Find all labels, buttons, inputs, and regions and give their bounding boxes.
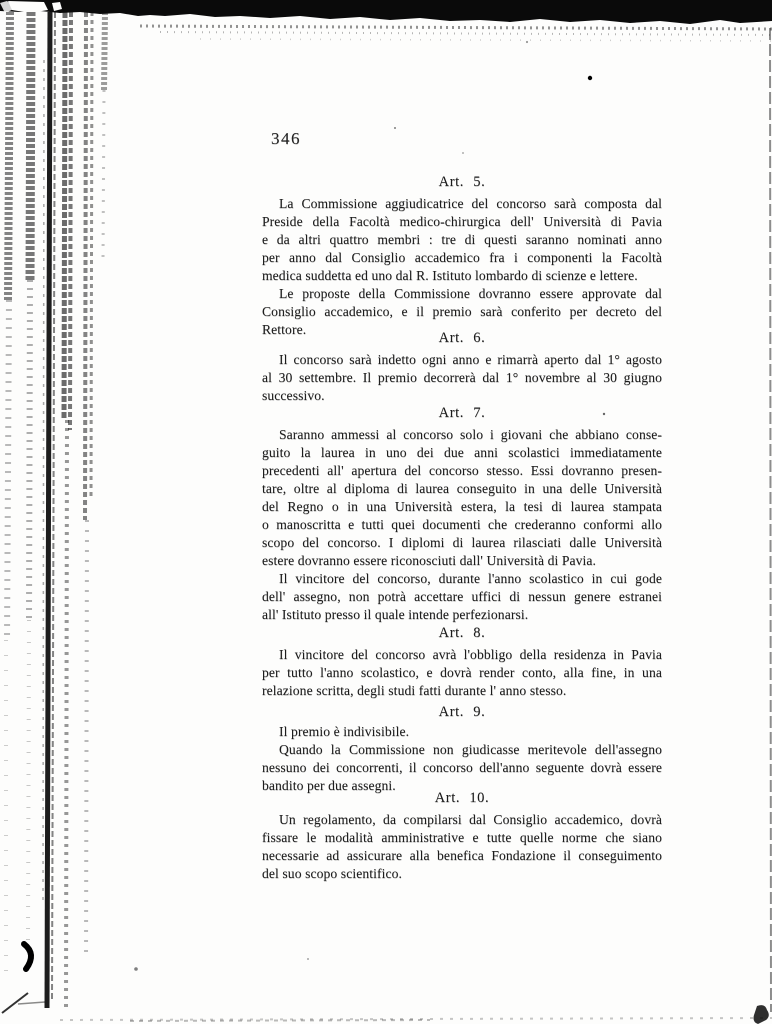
text-line: necessarie ad assicurare alla benefica F… bbox=[262, 847, 662, 865]
scan-speck bbox=[307, 958, 309, 960]
text-line: Il vincitore del concorso, durante l'ann… bbox=[262, 570, 662, 588]
text-line: del suo scopo scientifico. bbox=[262, 865, 662, 883]
text-line: Consiglio accademico, e il premio sarà c… bbox=[262, 303, 662, 321]
scanned-book-page: 346 Art. 5.La Commissione aggiudicatrice… bbox=[0, 0, 772, 1024]
text-line: medica suddetta ed uno dal R. Istituto l… bbox=[262, 267, 662, 285]
scan-speck bbox=[462, 152, 464, 154]
text-line: tare, oltre al diploma di laurea consegu… bbox=[262, 480, 662, 498]
scan-speck bbox=[526, 41, 528, 43]
text-line: fissare le modalità amministrative e tut… bbox=[262, 829, 662, 847]
scan-speckle-band bbox=[160, 32, 772, 35]
scan-corner-slash bbox=[2, 993, 28, 1013]
art-8-paragraph-1: Il vincitore del concorso avrà l'obbligo… bbox=[262, 646, 662, 700]
scan-speckle-band bbox=[200, 39, 772, 41]
text-line: Le proposte della Commissione dovranno e… bbox=[262, 285, 662, 303]
scan-speck bbox=[394, 127, 396, 129]
scan-corner-tick bbox=[18, 1002, 45, 1004]
page-number: 346 bbox=[271, 129, 301, 149]
art-6-paragraph-1: Il concorso sarà indetto ogni anno e rim… bbox=[262, 351, 662, 405]
scan-corner-blob bbox=[754, 1005, 769, 1024]
text-line: Un regolamento, da compilarsi dal Consig… bbox=[262, 811, 662, 829]
art-5-heading: Art. 5. bbox=[262, 173, 662, 191]
text-line: dell' assegno, non potrà accettare uffic… bbox=[262, 588, 662, 606]
art-7-paragraph-2: Il vincitore del concorso, durante l'ann… bbox=[262, 570, 662, 624]
text-line: scopo del concorso. I diplomi di laurea … bbox=[262, 534, 662, 552]
text-line: per anno dal Consiglio accademico fra i … bbox=[262, 249, 662, 267]
art-7-paragraph-1: Saranno ammessi al concorso solo i giova… bbox=[262, 426, 662, 570]
text-line: successivo. bbox=[262, 387, 662, 405]
scan-bracket-mark bbox=[24, 944, 31, 969]
text-line: relazione scritta, degli studi fatti dur… bbox=[262, 682, 662, 700]
art-9-heading: Art. 9. bbox=[262, 703, 662, 721]
scan-white-notch bbox=[52, 2, 62, 11]
art-10-paragraph-1: Un regolamento, da compilarsi dal Consig… bbox=[262, 811, 662, 883]
art-7-heading: Art. 7. bbox=[262, 404, 662, 422]
text-line: Il vincitore del concorso avrà l'obbligo… bbox=[262, 646, 662, 664]
scan-white-notch bbox=[8, 1, 48, 13]
art-9-paragraph-1: Il premio è indivisibile. bbox=[262, 723, 662, 741]
text-line: Preside della Facoltà medico-chirurgica … bbox=[262, 213, 662, 231]
scan-bottom-speckle bbox=[60, 1018, 772, 1020]
scan-white-notch bbox=[0, 1, 16, 13]
scan-bottom-speckle bbox=[130, 1020, 430, 1021]
scan-top-bar bbox=[0, 0, 772, 24]
text-line: Il concorso sarà indetto ogni anno e rim… bbox=[262, 351, 662, 369]
text-line: Saranno ammessi al concorso solo i giova… bbox=[262, 426, 662, 444]
text-line: guito la laurea in uno dei due anni scol… bbox=[262, 444, 662, 462]
scan-speckle-band bbox=[140, 26, 772, 29]
scan-binding-artifact bbox=[6, 12, 105, 1010]
art-6-heading: Art. 6. bbox=[262, 329, 662, 347]
art-9-paragraph-2: Quando la Commissione non giudicasse mer… bbox=[262, 741, 662, 795]
art-5-paragraph-1: La Commissione aggiudicatrice del concor… bbox=[262, 195, 662, 285]
text-line: o manoscritta e tutti quei documenti che… bbox=[262, 516, 662, 534]
scan-speck bbox=[134, 967, 138, 971]
text-line: La Commissione aggiudicatrice del concor… bbox=[262, 195, 662, 213]
art-8-heading: Art. 8. bbox=[262, 624, 662, 642]
scan-right-edge-line bbox=[770, 28, 771, 1012]
text-line: precedenti all' apertura del concorso st… bbox=[262, 462, 662, 480]
text-line: nessuno dei concorrenti, il concorso del… bbox=[262, 759, 662, 777]
text-line: all' Istituto presso il quale intende pe… bbox=[262, 606, 662, 624]
text-line: e da altri quattro membri : tre di quest… bbox=[262, 231, 662, 249]
text-line: per tutto l'anno scolastico, e dovrà ren… bbox=[262, 664, 662, 682]
text-column: Art. 5.La Commissione aggiudicatrice del… bbox=[262, 173, 662, 883]
text-line: estere dovranno essere riconosciuti dall… bbox=[262, 552, 662, 570]
text-line: Il premio è indivisibile. bbox=[262, 723, 662, 741]
text-line: del Regno o in una Università estera, la… bbox=[262, 498, 662, 516]
text-line: al 30 settembre. Il premio decorrerà dal… bbox=[262, 369, 662, 387]
text-line: Quando la Commissione non giudicasse mer… bbox=[262, 741, 662, 759]
scan-speck bbox=[588, 76, 592, 80]
